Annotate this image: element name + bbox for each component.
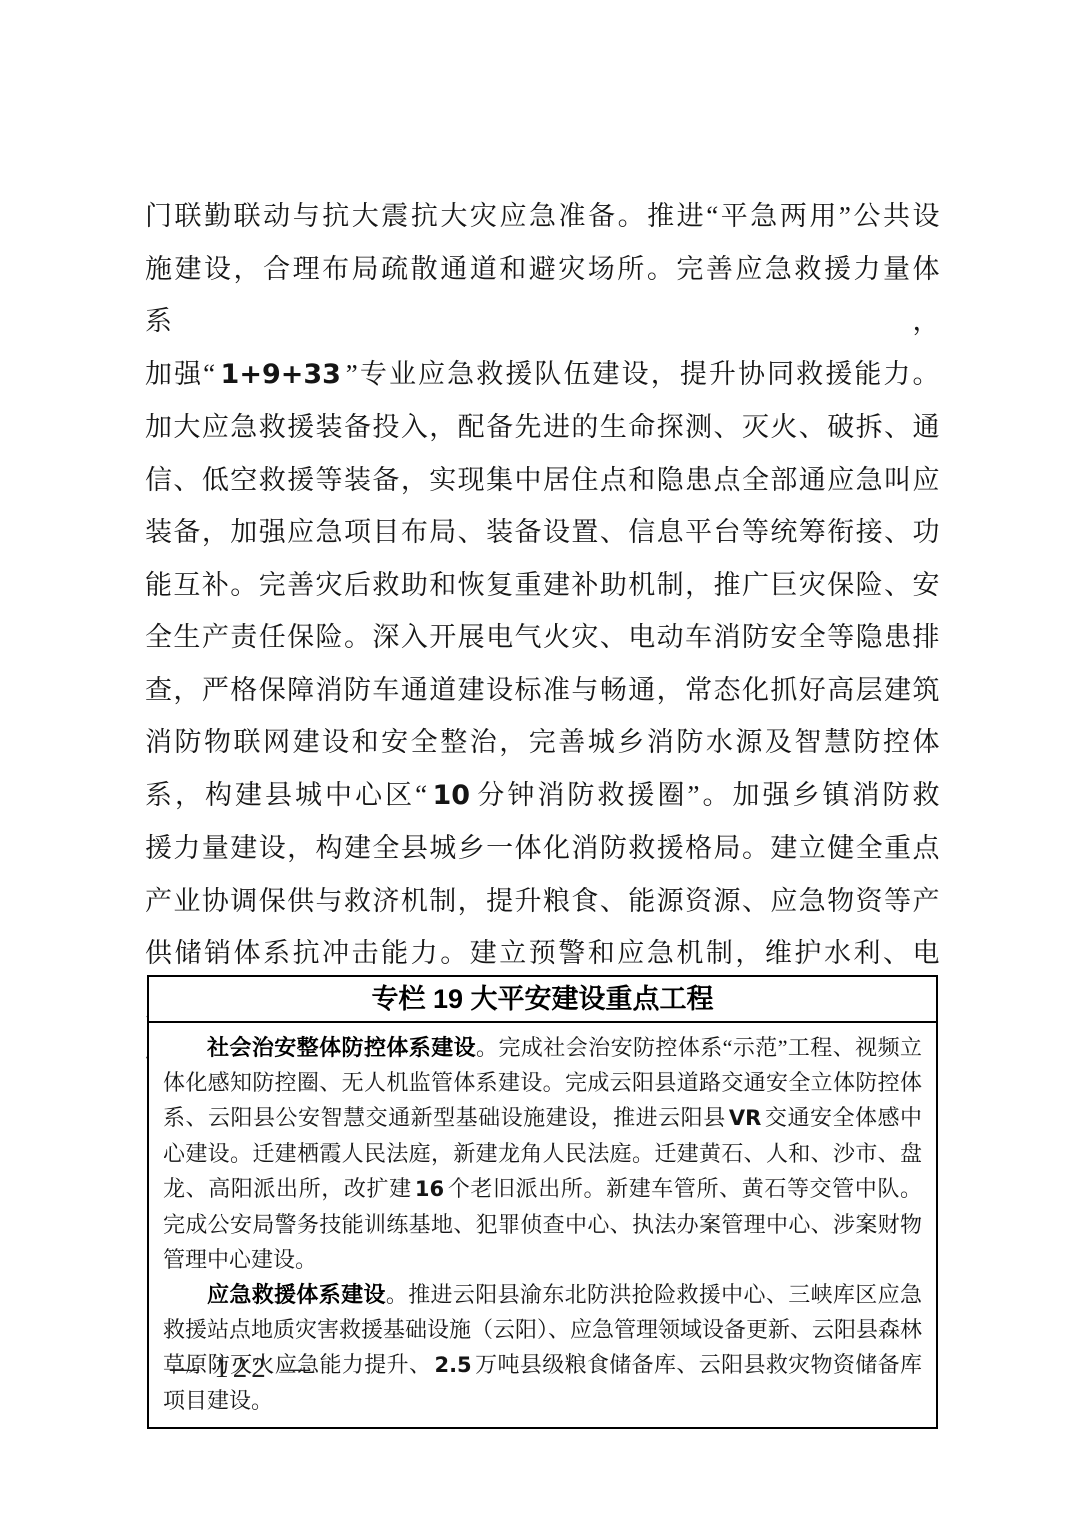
body-line: 加强“1+9+33”专业应急救援队伍建设，提升协同救援能力。 <box>145 348 940 402</box>
body-line-text: 能互补。完善灾后救助和恢复重建补助机制，推广巨灾保险、安 <box>145 570 940 600</box>
inline-number: 10 <box>432 780 470 811</box>
body-line-text: 加强“ <box>145 359 216 389</box>
body-line-text: 全生产责任保险。深入开展电气火灾、电动车消防安全等隐患排 <box>145 622 940 652</box>
page-number: — 122 — <box>170 1352 314 1385</box>
feature-box-title: 专栏 19 大平安建设重点工程 <box>149 977 936 1023</box>
body-text: 门联勤联动与抗大震抗大灾应急准备。推进“平急两用”公共设施建设，合理布局疏散通道… <box>145 190 940 1085</box>
inline-number: 2.5 <box>434 1353 471 1377</box>
body-line-text: 装备，加强应急项目布局、装备设置、信息平台等统筹衔接、功 <box>145 517 940 547</box>
body-line-text: 援力量建设，构建全县城乡一体化消防救援格局。建立健全重点 <box>145 833 940 863</box>
body-line: 装备，加强应急项目布局、装备设置、信息平台等统筹衔接、功 <box>145 506 940 559</box>
body-line-text: 分钟消防救援圈”。加强乡镇消防救 <box>475 780 940 810</box>
body-line: 查，严格保障消防车通道建设标准与畅通，常态化抓好高层建筑 <box>145 664 940 717</box>
body-line: 信、低空救援等装备，实现集中居住点和隐患点全部通应急叫应 <box>145 454 940 507</box>
body-line: 消防物联网建设和安全整治，完善城乡消防水源及智慧防控体 <box>145 716 940 769</box>
body-line: 全生产责任保险。深入开展电气火灾、电动车消防安全等隐患排 <box>145 611 940 664</box>
body-line-text: 施建设，合理布局疏散通道和避灾场所。完善应急救援力量体系， <box>145 254 940 337</box>
body-line: 系，构建县城中心区“10分钟消防救援圈”。加强乡镇消防救 <box>145 769 940 823</box>
inline-number: VR <box>729 1106 761 1130</box>
body-line-text: ”专业应急救援队伍建设，提升协同救援能力。 <box>346 359 940 389</box>
body-line: 援力量建设，构建全县城乡一体化消防救援格局。建立健全重点 <box>145 822 940 875</box>
body-line-text: 消防物联网建设和安全整治，完善城乡消防水源及智慧防控体 <box>145 727 940 757</box>
document-page: 门联勤联动与抗大震抗大灾应急准备。推进“平急两用”公共设施建设，合理布局疏散通道… <box>0 0 1074 1520</box>
body-line: 门联勤联动与抗大震抗大灾应急准备。推进“平急两用”公共设 <box>145 190 940 243</box>
box-paragraph-lead: 应急救援体系建设 <box>207 1282 386 1307</box>
body-line-text: 门联勤联动与抗大震抗大灾应急准备。推进“平急两用”公共设 <box>145 201 940 231</box>
body-line: 施建设，合理布局疏散通道和避灾场所。完善应急救援力量体系， <box>145 243 940 348</box>
inline-number: 1+9+33 <box>221 359 341 390</box>
body-line: 产业协调保供与救济机制，提升粮食、能源资源、应急物资等产 <box>145 875 940 928</box>
inline-number: 16 <box>415 1177 444 1201</box>
body-line: 能互补。完善灾后救助和恢复重建补助机制，推广巨灾保险、安 <box>145 559 940 612</box>
body-line-text: 系，构建县城中心区“ <box>145 780 428 810</box>
body-line: 加大应急救援装备投入，配备先进的生命探测、灭火、破拆、通 <box>145 401 940 454</box>
box-paragraph-lead: 社会治安整体防控体系建设 <box>207 1035 476 1060</box>
body-line-text: 查，严格保障消防车通道建设标准与畅通，常态化抓好高层建筑 <box>145 675 940 705</box>
box-paragraph: 应急救援体系建设。推进云阳县渝东北防洪抢险救援中心、三峡库区应急救援站点地质灾害… <box>163 1277 922 1418</box>
body-line-text: 信、低空救援等装备，实现集中居住点和隐患点全部通应急叫应 <box>145 465 940 495</box>
body-line-text: 产业协调保供与救济机制，提升粮食、能源资源、应急物资等产 <box>145 886 940 916</box>
box-paragraph: 社会治安整体防控体系建设。完成社会治安防控体系“示范”工程、视频立体化感知防控圈… <box>163 1030 922 1277</box>
body-line-text: 加大应急救援装备投入，配备先进的生命探测、灭火、破拆、通 <box>145 412 940 442</box>
